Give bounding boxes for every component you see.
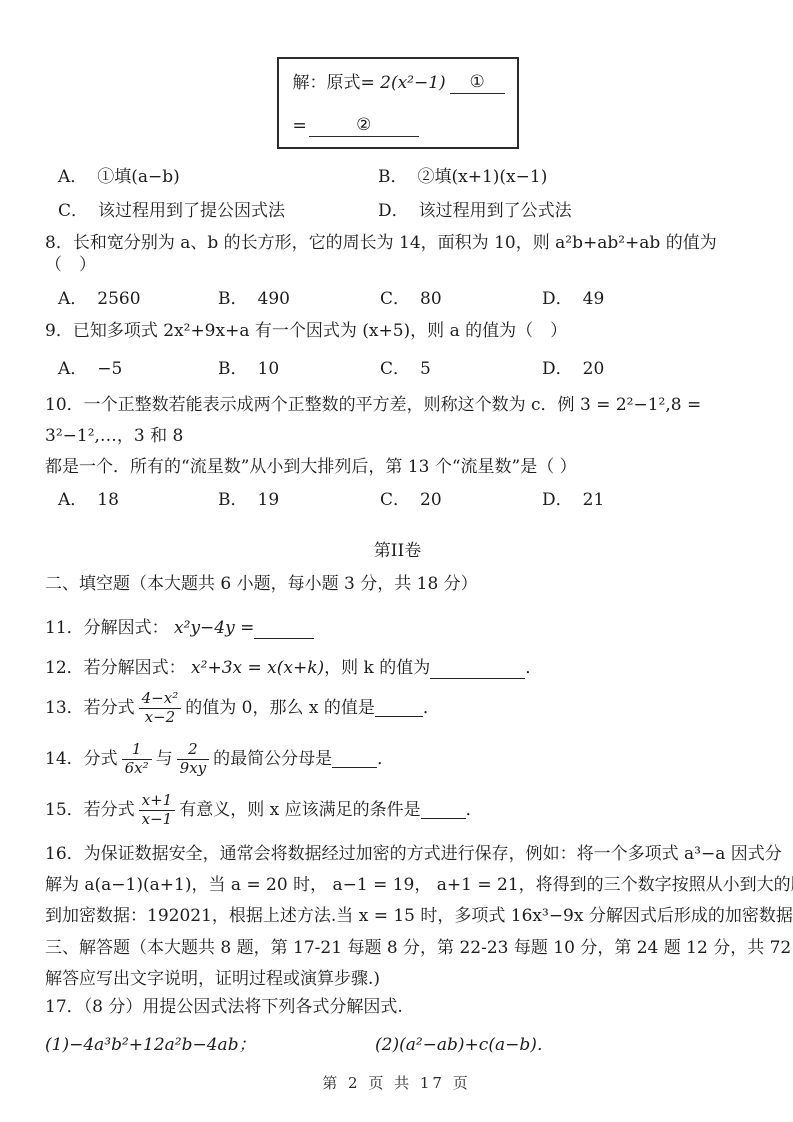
question-16-line-2: 解为 a(a−1)(a+1)，当 a = 20 时， a−1 = 19， a+1… (45, 870, 750, 901)
question-15: 15．若分式 x+1x−1 有意义，则 x 应该满足的条件是． (45, 788, 750, 832)
circled-1: ① (469, 72, 484, 92)
fill-blank-13 (375, 699, 423, 718)
answer-blank-2: ② (309, 114, 419, 137)
fraction-15: x+1x−1 (139, 792, 176, 828)
question-7-options-row-1: A．①填(a−b) B．②填(x+1)(x−1) (45, 166, 750, 188)
section-2-heading: 二、填空题（本大题共 6 小题，每小题 3 分，共 18 分） (45, 573, 750, 595)
option-10a: A．18 (58, 489, 218, 511)
fill-blank-11 (254, 620, 314, 639)
option-9d: D．20 (542, 358, 750, 380)
fraction-14a: 16x² (122, 741, 152, 777)
equals-sign: = (293, 115, 307, 137)
solution-line-1: 解：原式 = 2(x²−1) ① (293, 71, 505, 94)
question-10-line-2: 都是一个．所有的“流星数”从小到大排列后，第 13 个“流星数”是（ ） (45, 452, 750, 483)
fill-blank-15 (421, 801, 466, 820)
exam-page: 解：原式 = 2(x²−1) ① = ② A．①填(a−b) B．②填(x+1)… (0, 0, 793, 1122)
option-8c: C．80 (380, 288, 542, 310)
answer-blank-1: ① (450, 71, 505, 94)
page-number: 第 2 页 共 17 页 (0, 1072, 793, 1094)
circled-2: ② (356, 115, 371, 135)
question-16-line-1: 16．为保证数据安全，通常会将数据经过加密的方式进行保存，例如：将一个多项式 a… (45, 839, 750, 870)
option-8a: A．2560 (58, 288, 218, 310)
fraction-13: 4−x²x−2 (139, 690, 182, 726)
option-7b: B．②填(x+1)(x−1) (378, 166, 750, 188)
fill-blank-12 (430, 660, 525, 679)
solution-line-2: = ② (293, 114, 505, 137)
solution-expression: = 2(x²−1) (361, 72, 446, 94)
solution-label: 解：原式 (293, 72, 361, 94)
option-9c: C．5 (380, 358, 542, 380)
question-17-stem: 17．（8 分）用提公因式法将下列各式分解因式. (45, 996, 750, 1018)
part-2-title: 第II卷 (45, 540, 750, 562)
fill-blank-14 (332, 750, 377, 769)
question-14: 14．分式 16x² 与 29xy 的最简公分母是． (45, 737, 750, 781)
question-11: 11．分解因式： x²y−4y = (45, 617, 750, 639)
question-7-options-row-2: C．该过程用到了提公因式法 D．该过程用到了公式法 (45, 200, 750, 222)
section-3-heading: 三、解答题（本大题共 8 题，第 17-21 每题 8 分，第 22-23 每题… (45, 933, 750, 995)
option-9a: A．−5 (58, 358, 218, 380)
option-7c: C．该过程用到了提公因式法 (58, 200, 378, 222)
question-8-options: A．2560 B．490 C．80 D．49 (45, 288, 750, 310)
option-7a: A．①填(a−b) (58, 166, 378, 188)
question-8-stem: 8．长和宽分别为 a、b 的长方形，它的周长为 14，面积为 10，则 a²b+… (45, 232, 750, 276)
option-10b: B．19 (218, 489, 380, 511)
section-3-heading-line-2: 解答应写出文字说明，证明过程或演算步骤.) (45, 964, 750, 995)
option-10d: D．21 (542, 489, 750, 511)
question-9-stem: 9．已知多项式 2x²+9x+a 有一个因式为 (x+5)，则 a 的值为（ ） (45, 320, 750, 342)
option-8d: D．49 (542, 288, 750, 310)
question-16: 16．为保证数据安全，通常会将数据经过加密的方式进行保存，例如：将一个多项式 a… (45, 839, 750, 932)
option-7d: D．该过程用到了公式法 (378, 200, 750, 222)
question-13: 13．若分式 4−x²x−2 的值为 0，那么 x 的值是． (45, 686, 750, 730)
section-3-heading-line-1: 三、解答题（本大题共 8 题，第 17-21 每题 8 分，第 22-23 每题… (45, 933, 750, 964)
question-17-part-1: (1)−4a³b²+12a²b−4ab； (45, 1034, 375, 1056)
question-17-parts: (1)−4a³b²+12a²b−4ab； (2)(a²−ab)+c(a−b)． (45, 1034, 750, 1056)
question-12: 12．若分解因式： x²+3x = x(x+k)，则 k 的值为． (45, 657, 750, 679)
fraction-14b: 29xy (177, 741, 209, 777)
question-17-part-2: (2)(a²−ab)+c(a−b)． (375, 1034, 750, 1056)
question-9-options: A．−5 B．10 C．5 D．20 (45, 358, 750, 380)
question-10-stem: 10．一个正整数若能表示成两个正整数的平方差，则称这个数为 c．例 3 = 2²… (45, 390, 750, 483)
option-10c: C．20 (380, 489, 542, 511)
question-10-line-1: 10．一个正整数若能表示成两个正整数的平方差，则称这个数为 c．例 3 = 2²… (45, 390, 750, 452)
question-10-options: A．18 B．19 C．20 D．21 (45, 489, 750, 511)
option-8b: B．490 (218, 288, 380, 310)
solution-box: 解：原式 = 2(x²−1) ① = ② (277, 57, 519, 149)
question-16-line-3: 到加密数据：192021，根据上述方法.当 x = 15 时，多项式 16x³−… (45, 901, 750, 932)
option-9b: B．10 (218, 358, 380, 380)
